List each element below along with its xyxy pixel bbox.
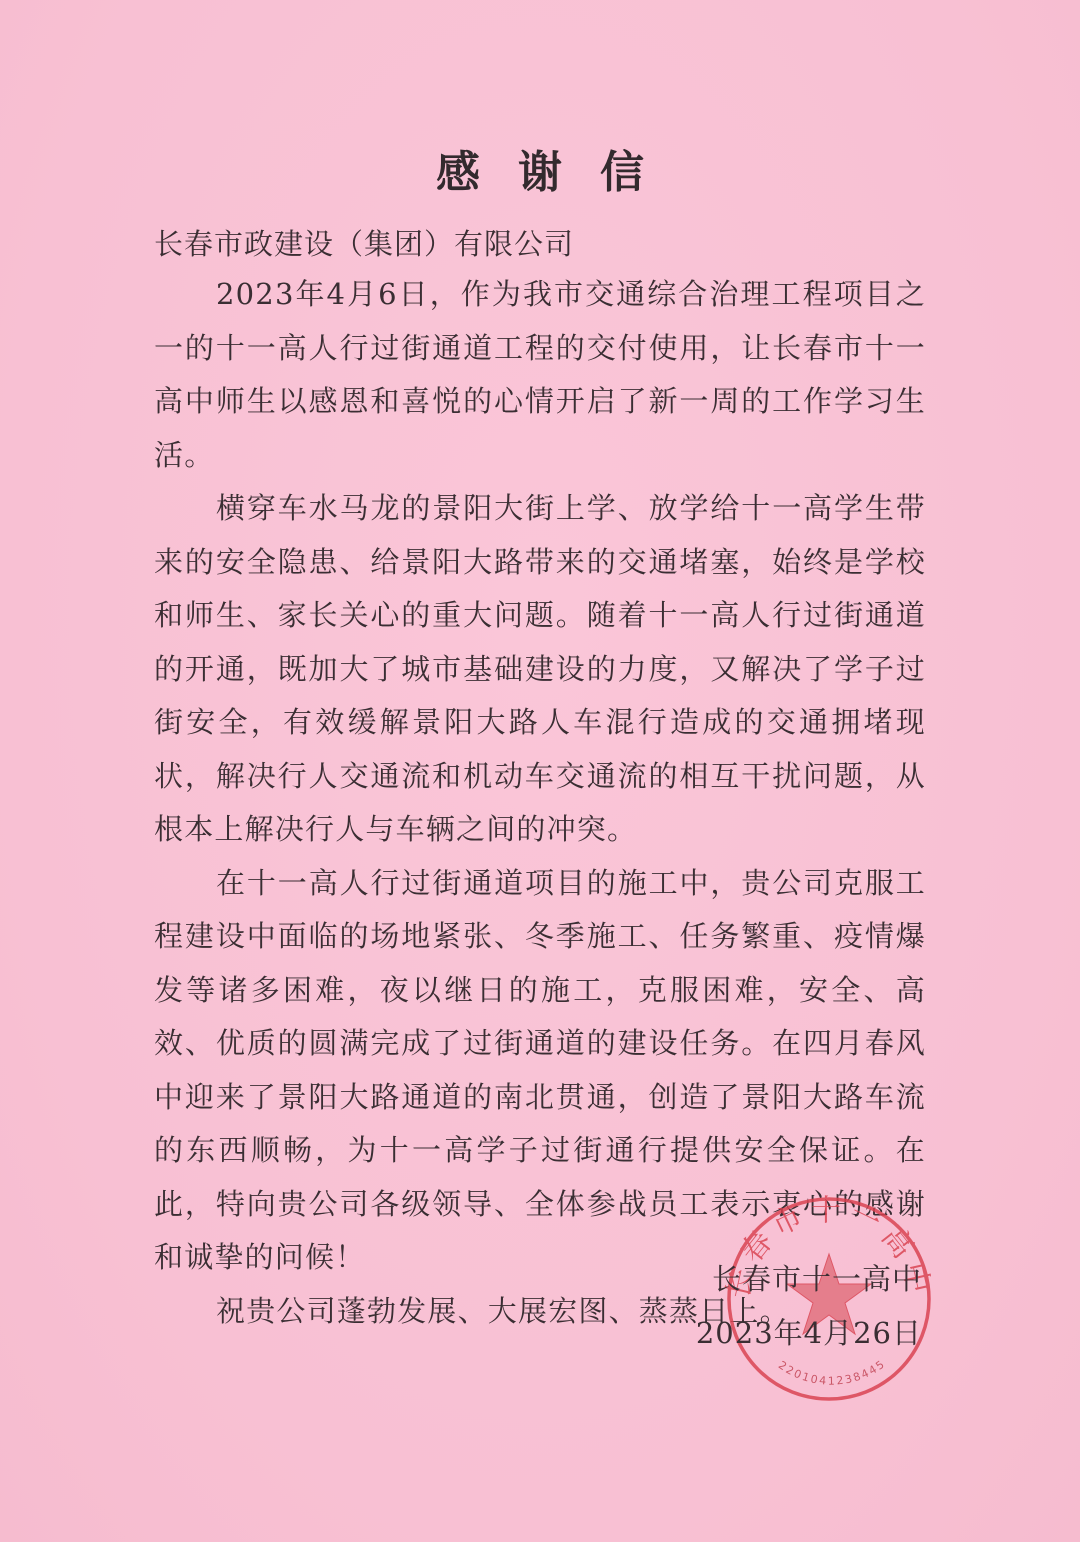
signature-organization: 长春市十一高中 xyxy=(696,1252,922,1306)
signature-date: 2023年4月26日 xyxy=(696,1306,922,1360)
svg-text:2201041238445: 2201041238445 xyxy=(776,1357,888,1388)
letter-title: 感谢信 xyxy=(0,136,1080,200)
paragraph-2: 横穿车水马龙的景阳大街上学、放学给十一高学生带来的安全隐患、给景阳大路带来的交通… xyxy=(154,482,926,857)
letter-body: 2023年4月6日，作为我市交通综合治理工程项目之一的十一高人行过街通道工程的交… xyxy=(154,268,926,1338)
letter-salutation: 长春市政建设（集团）有限公司 xyxy=(154,222,574,263)
letter-signature: 长春市十一高中 2023年4月26日 xyxy=(696,1252,922,1360)
seal-code: 2201041238445 xyxy=(776,1357,888,1388)
paragraph-1: 2023年4月6日，作为我市交通综合治理工程项目之一的十一高人行过街通道工程的交… xyxy=(154,268,926,482)
letter-page: 感谢信 长春市政建设（集团）有限公司 2023年4月6日，作为我市交通综合治理工… xyxy=(0,0,1080,1542)
